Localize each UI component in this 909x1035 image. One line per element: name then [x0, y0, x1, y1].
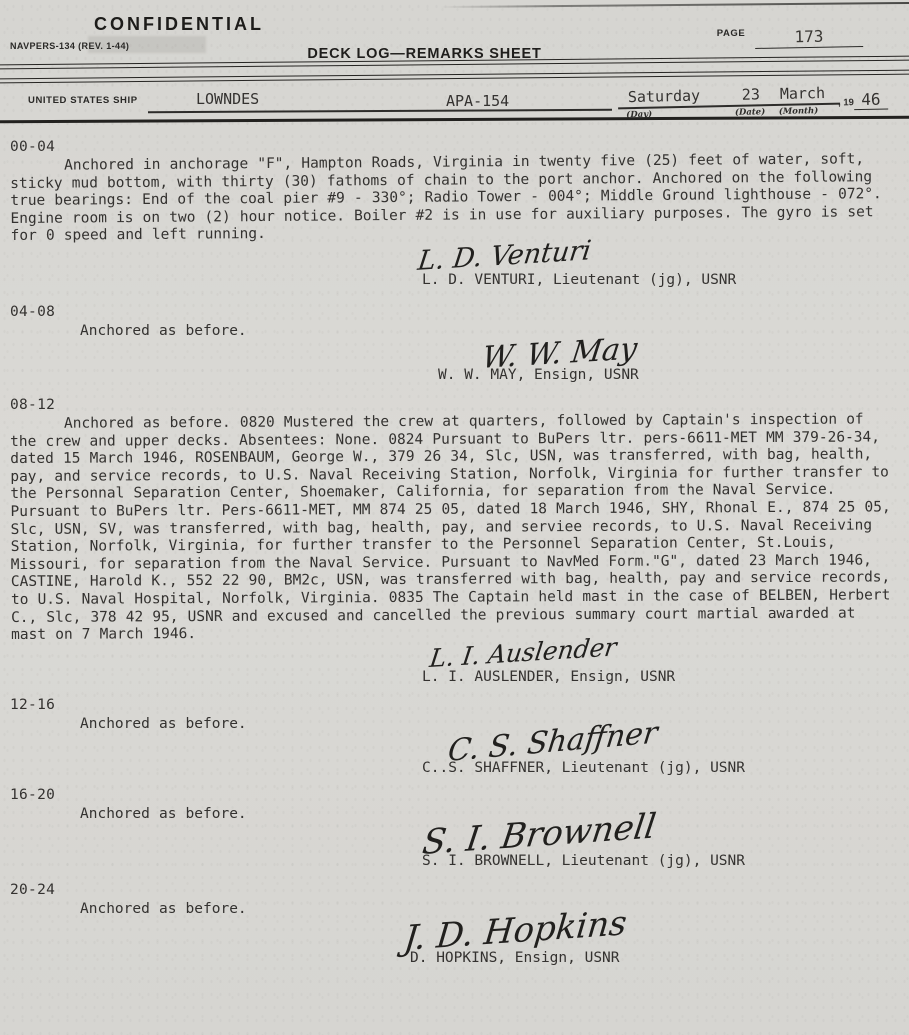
watch-period-label: 08-12	[10, 397, 895, 413]
watch-entry-1216: 12-16 Anchored as before. C. S. Shaffner…	[10, 697, 895, 776]
month-caption: (Month)	[779, 105, 841, 116]
hull-number-value: APA-154	[446, 92, 509, 110]
page-label: PAGE	[717, 28, 746, 39]
remarks-text: Anchored as before. 0820 Mustered the cr…	[10, 411, 896, 644]
watch-entry-1620: 16-20 Anchored as before. S. I. Brownell…	[10, 787, 895, 870]
form-header: CONFIDENTIAL NAVPERS-134 (REV. 1-44) DEC…	[0, 0, 909, 126]
signature-block: L. D. Venturi L. D. VENTURI, Lieutenant …	[422, 246, 736, 288]
date-value: 23	[722, 85, 780, 104]
signature-block: C. S. Shaffner C..S. SHAFFNER, Lieutenan…	[422, 734, 745, 776]
ship-name-underline	[148, 109, 612, 113]
deck-log-page: { "document": { "classification": "CONFI…	[0, 0, 909, 1035]
signature-block: J. D. Hopkins D. HOPKINS, Ensign, USNR	[410, 919, 625, 966]
ship-name-value: LOWNDES	[196, 90, 259, 108]
page-number-group: PAGE 173	[717, 27, 863, 48]
remarks-text: Anchored as before.	[10, 323, 895, 341]
page-number-value: 173	[755, 26, 863, 49]
remarks-text: Anchored in anchorage "F", Hampton Roads…	[10, 151, 896, 246]
signature-typed-name: L. I. AUSLENDER, Ensign, USNR	[422, 669, 675, 685]
signature-block: S. I. Brownell S. I. BROWNELL, Lieutenan…	[422, 823, 745, 869]
watch-period-label: 20-24	[10, 882, 895, 898]
year-field-group: , 1946	[838, 89, 888, 110]
signature-block: L. I. Auslender L. I. AUSLENDER, Ensign,…	[422, 644, 675, 685]
remarks-text: Anchored as before.	[10, 716, 895, 734]
classification-stamp: CONFIDENTIAL	[94, 14, 264, 35]
date-field-group: Saturday 23 March (Day) (Date) (Month)	[618, 84, 841, 120]
signature-block: W. W. May W. W. MAY, Ensign, USNR	[438, 341, 639, 383]
month-value: March	[780, 84, 840, 103]
watch-entry-0812: 08-12 Anchored as before. 0820 Mustered …	[10, 397, 895, 686]
watch-period-label: 16-20	[10, 787, 895, 803]
header-rule-bottom	[0, 70, 909, 84]
watch-entry-0004: 00-04 Anchored in anchorage "F", Hampton…	[10, 139, 895, 288]
header-rule-heavy	[0, 116, 909, 124]
ship-field-label: UNITED STATES SHIP	[28, 95, 138, 106]
watch-entry-2024: 20-24 Anchored as before. J. D. Hopkins …	[10, 882, 895, 966]
remarks-body: 00-04 Anchored in anchorage "F", Hampton…	[0, 126, 909, 966]
year-prefix: , 19	[838, 97, 854, 108]
day-value: Saturday	[618, 86, 722, 106]
signature-typed-name: L. D. VENTURI, Lieutenant (jg), USNR	[422, 272, 736, 288]
watch-period-label: 04-08	[10, 304, 895, 320]
year-value: 46	[854, 89, 888, 110]
watch-period-label: 12-16	[10, 697, 895, 713]
watch-entry-0408: 04-08 Anchored as before. W. W. May W. W…	[10, 304, 895, 383]
